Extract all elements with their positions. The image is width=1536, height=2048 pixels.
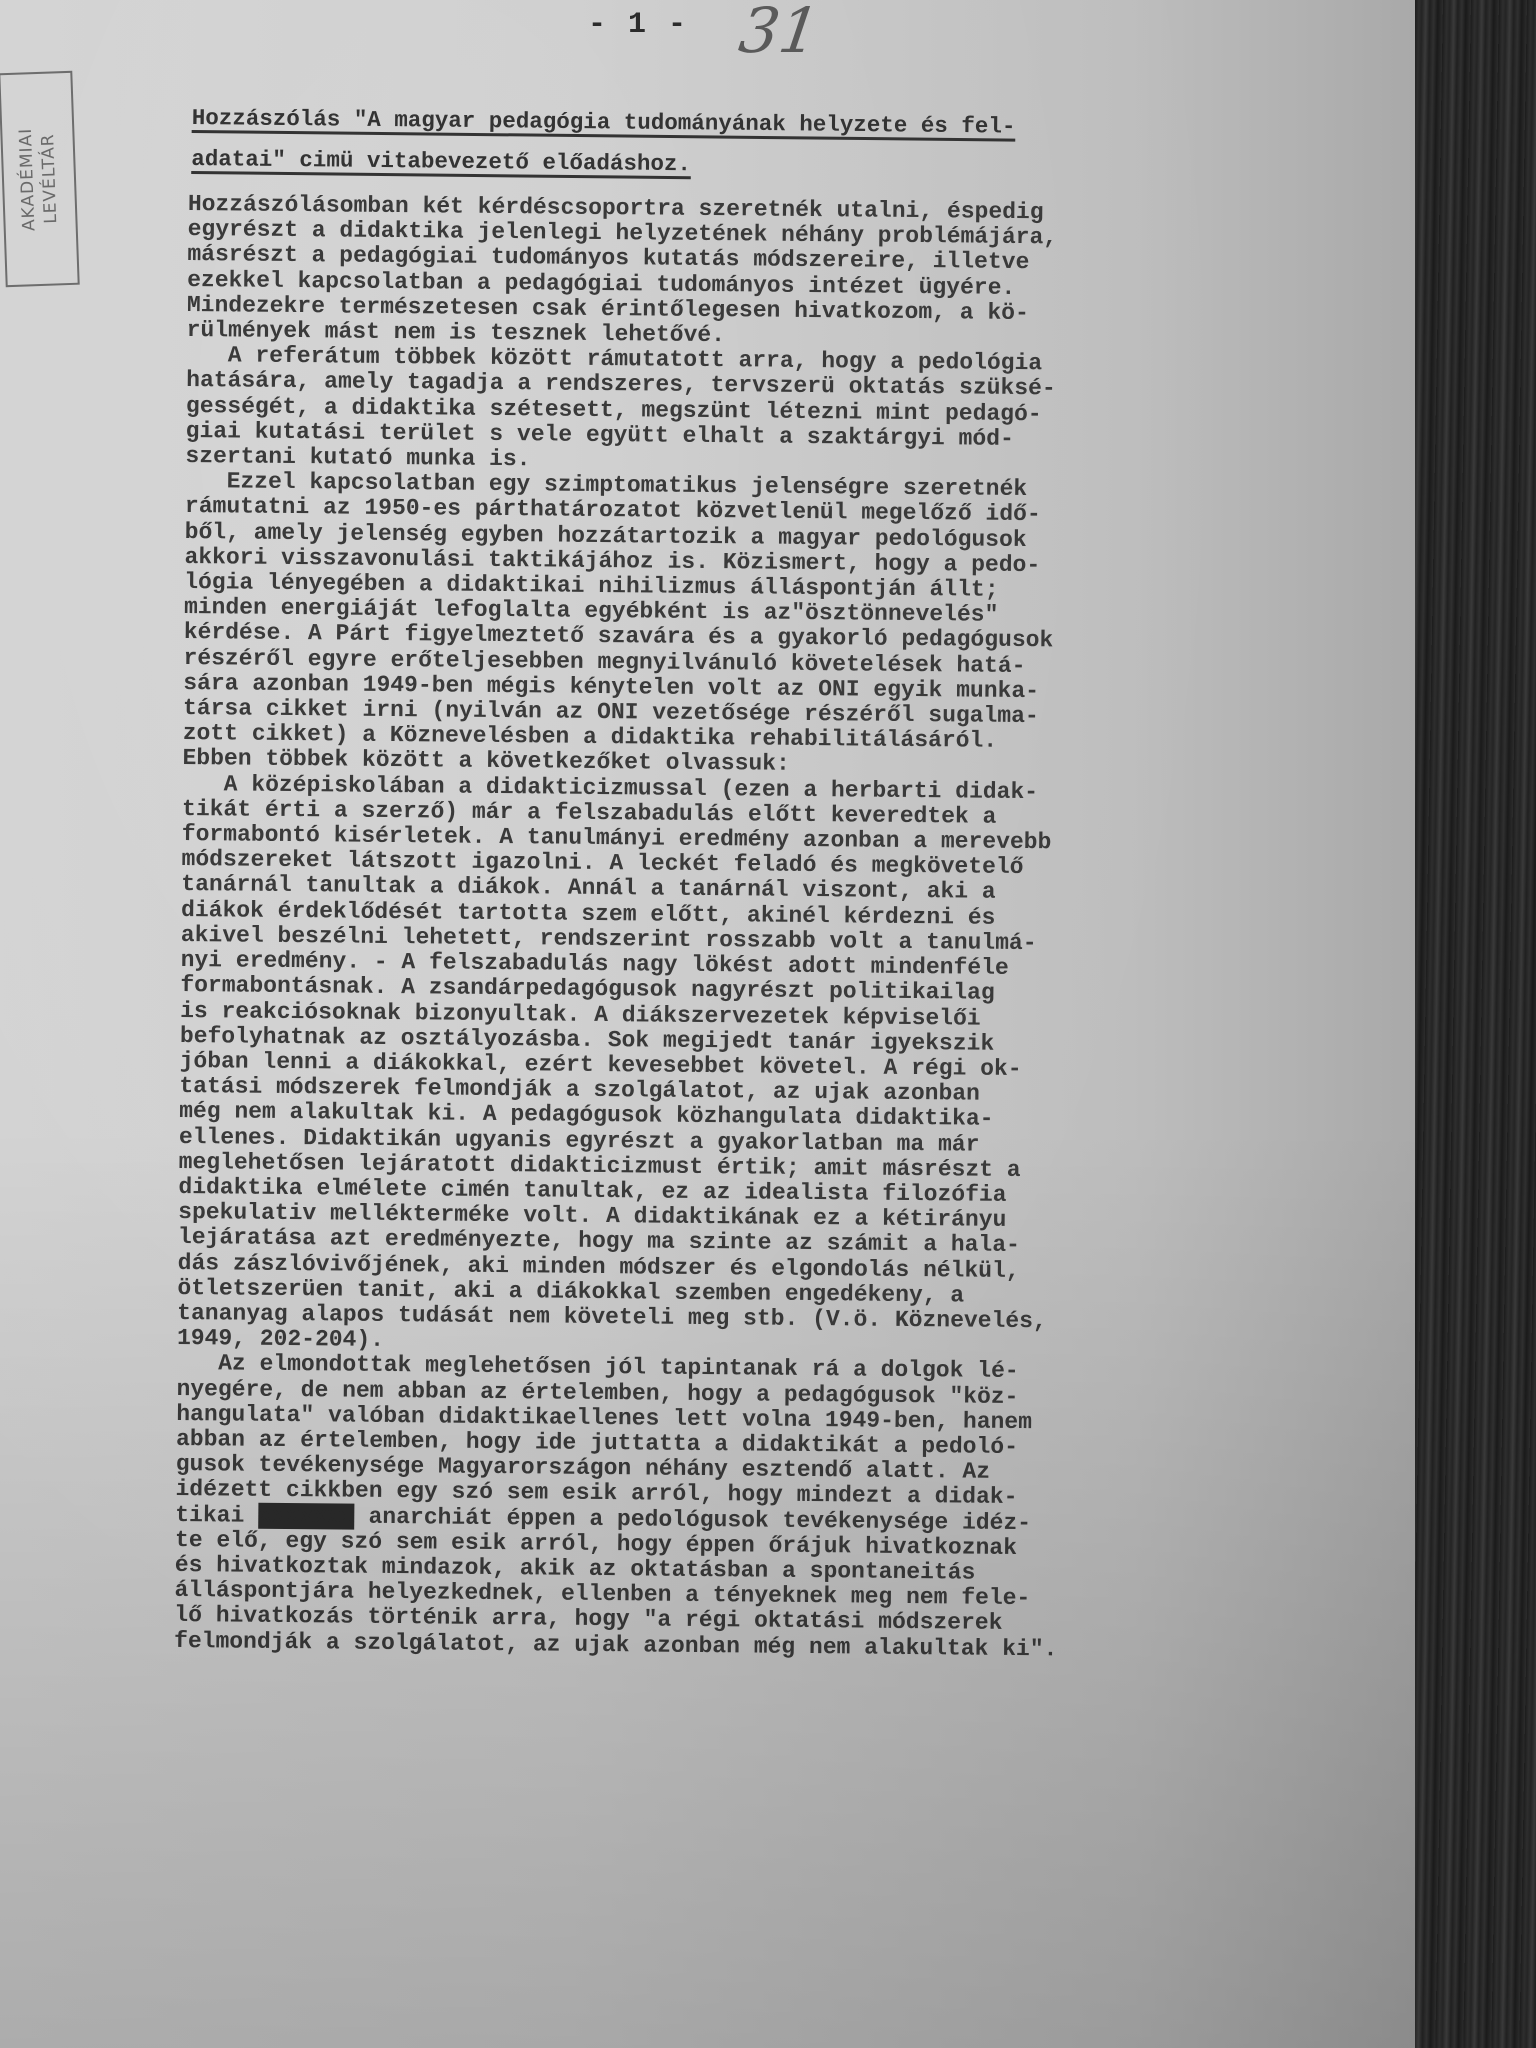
struck-out-word: xxxxxxx [258, 1502, 355, 1529]
document-page: - 1 - 31 AKADÉMIAI LEVÉLTÁR Hozzászólás … [0, 0, 1415, 2048]
wooden-table-edge [1415, 0, 1536, 2048]
archive-stamp-text: AKADÉMIAI LEVÉLTÁR [15, 127, 63, 232]
body-lines-continued: te elő, egy szó sem esik arról, hogy épp… [174, 1528, 1395, 1666]
stamp-line-2: LEVÉLTÁR [37, 127, 63, 231]
handwritten-folio-number: 31 [735, 0, 824, 67]
archive-stamp: AKADÉMIAI LEVÉLTÁR [0, 71, 80, 287]
document-body: Hozzászólásomban két kérdéscsoportra sze… [174, 192, 1408, 1665]
document-title: Hozzászólás "A magyar pedagógia tudomány… [191, 98, 1342, 192]
body-lines: Hozzászólásomban két kérdéscsoportra sze… [175, 192, 1408, 1514]
page-number: - 1 - [588, 8, 688, 42]
struck-line-prefix: tikai [175, 1502, 258, 1529]
